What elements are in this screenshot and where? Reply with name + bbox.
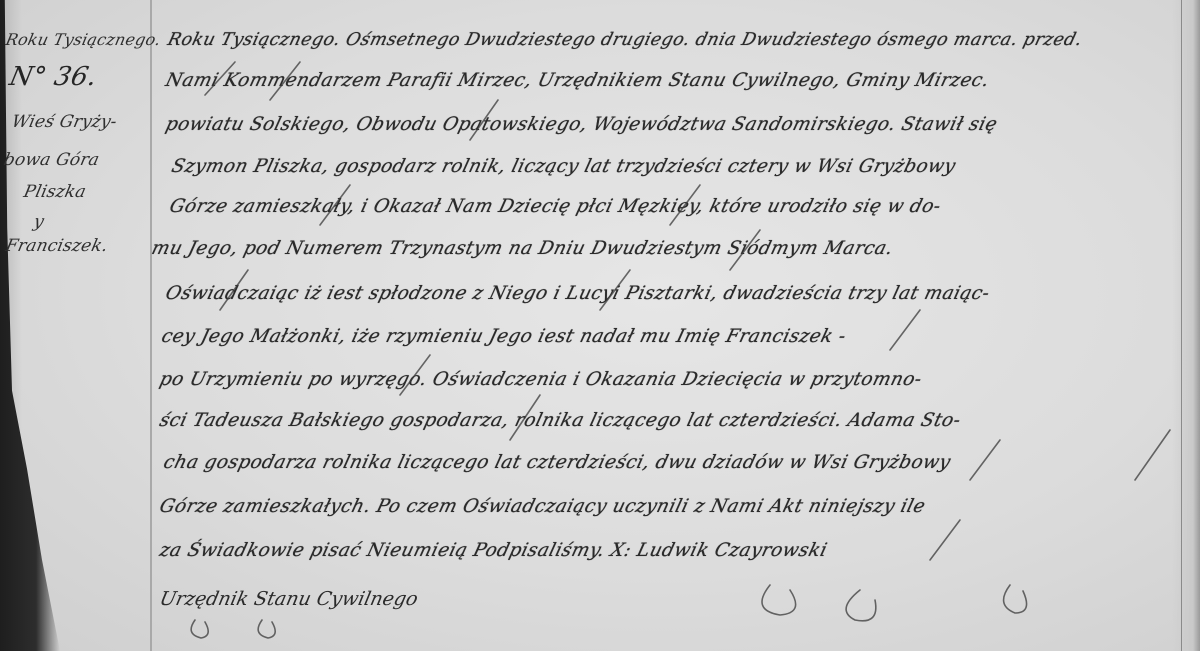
record-line-2: Nami Kommendarzem Parafii Mirzec, Urzędn… [163,70,991,91]
record-line-10: ści Tadeusza Bałskiego gospodarza, rolni… [157,410,963,431]
margin-village-line2: bowa Góra [2,150,101,170]
page-edge-right [1172,0,1200,651]
margin-given-name: Franciszek. [4,236,110,256]
record-line-5: Górze zamieszkały, i Okazał Nam Dziecię … [167,196,943,217]
margin-surname: Pliszka [22,182,88,202]
margin-conjunction: y [32,212,46,232]
document-scan: Roku Tysiącznego. N° 36. Wieś Gryży- bow… [0,0,1200,651]
record-line-7: Oświadczaiąc iż iest spłodzone z Niego i… [163,283,992,304]
record-line-3: powiatu Solskiego, Obwodu Opatowskiego, … [163,114,999,135]
margin-village-line1: Wieś Gryży- [10,112,119,132]
record-line-11: cha gospodarza rolnika liczącego lat czt… [161,452,952,473]
margin-year-heading: Roku Tysiącznego. [4,30,163,49]
record-line-6: mu Jego, pod Numerem Trzynastym na Dniu … [149,238,895,259]
record-number: N° 36. [7,62,100,92]
record-line-9: po Urzymieniu po wyrzęgo. Oświadczenia i… [157,369,924,390]
record-line-8: cey Jego Małżonki, iże rzymieniu Jego ie… [159,326,848,347]
officer-title: Urzędnik Stanu Cywilnego [158,588,420,610]
record-line-13: za Świadkowie pisać Nieumieią Podpisaliś… [157,540,829,561]
record-line-1: Roku Tysiącznego. Ośmsetnego Dwudziesteg… [166,30,1085,50]
record-line-12: Górze zamieszkałych. Po czem Oświadczaią… [157,496,927,517]
margin-rule-line [150,0,152,651]
record-line-4: Szymon Pliszka, gospodarz rolnik, licząc… [169,156,958,177]
